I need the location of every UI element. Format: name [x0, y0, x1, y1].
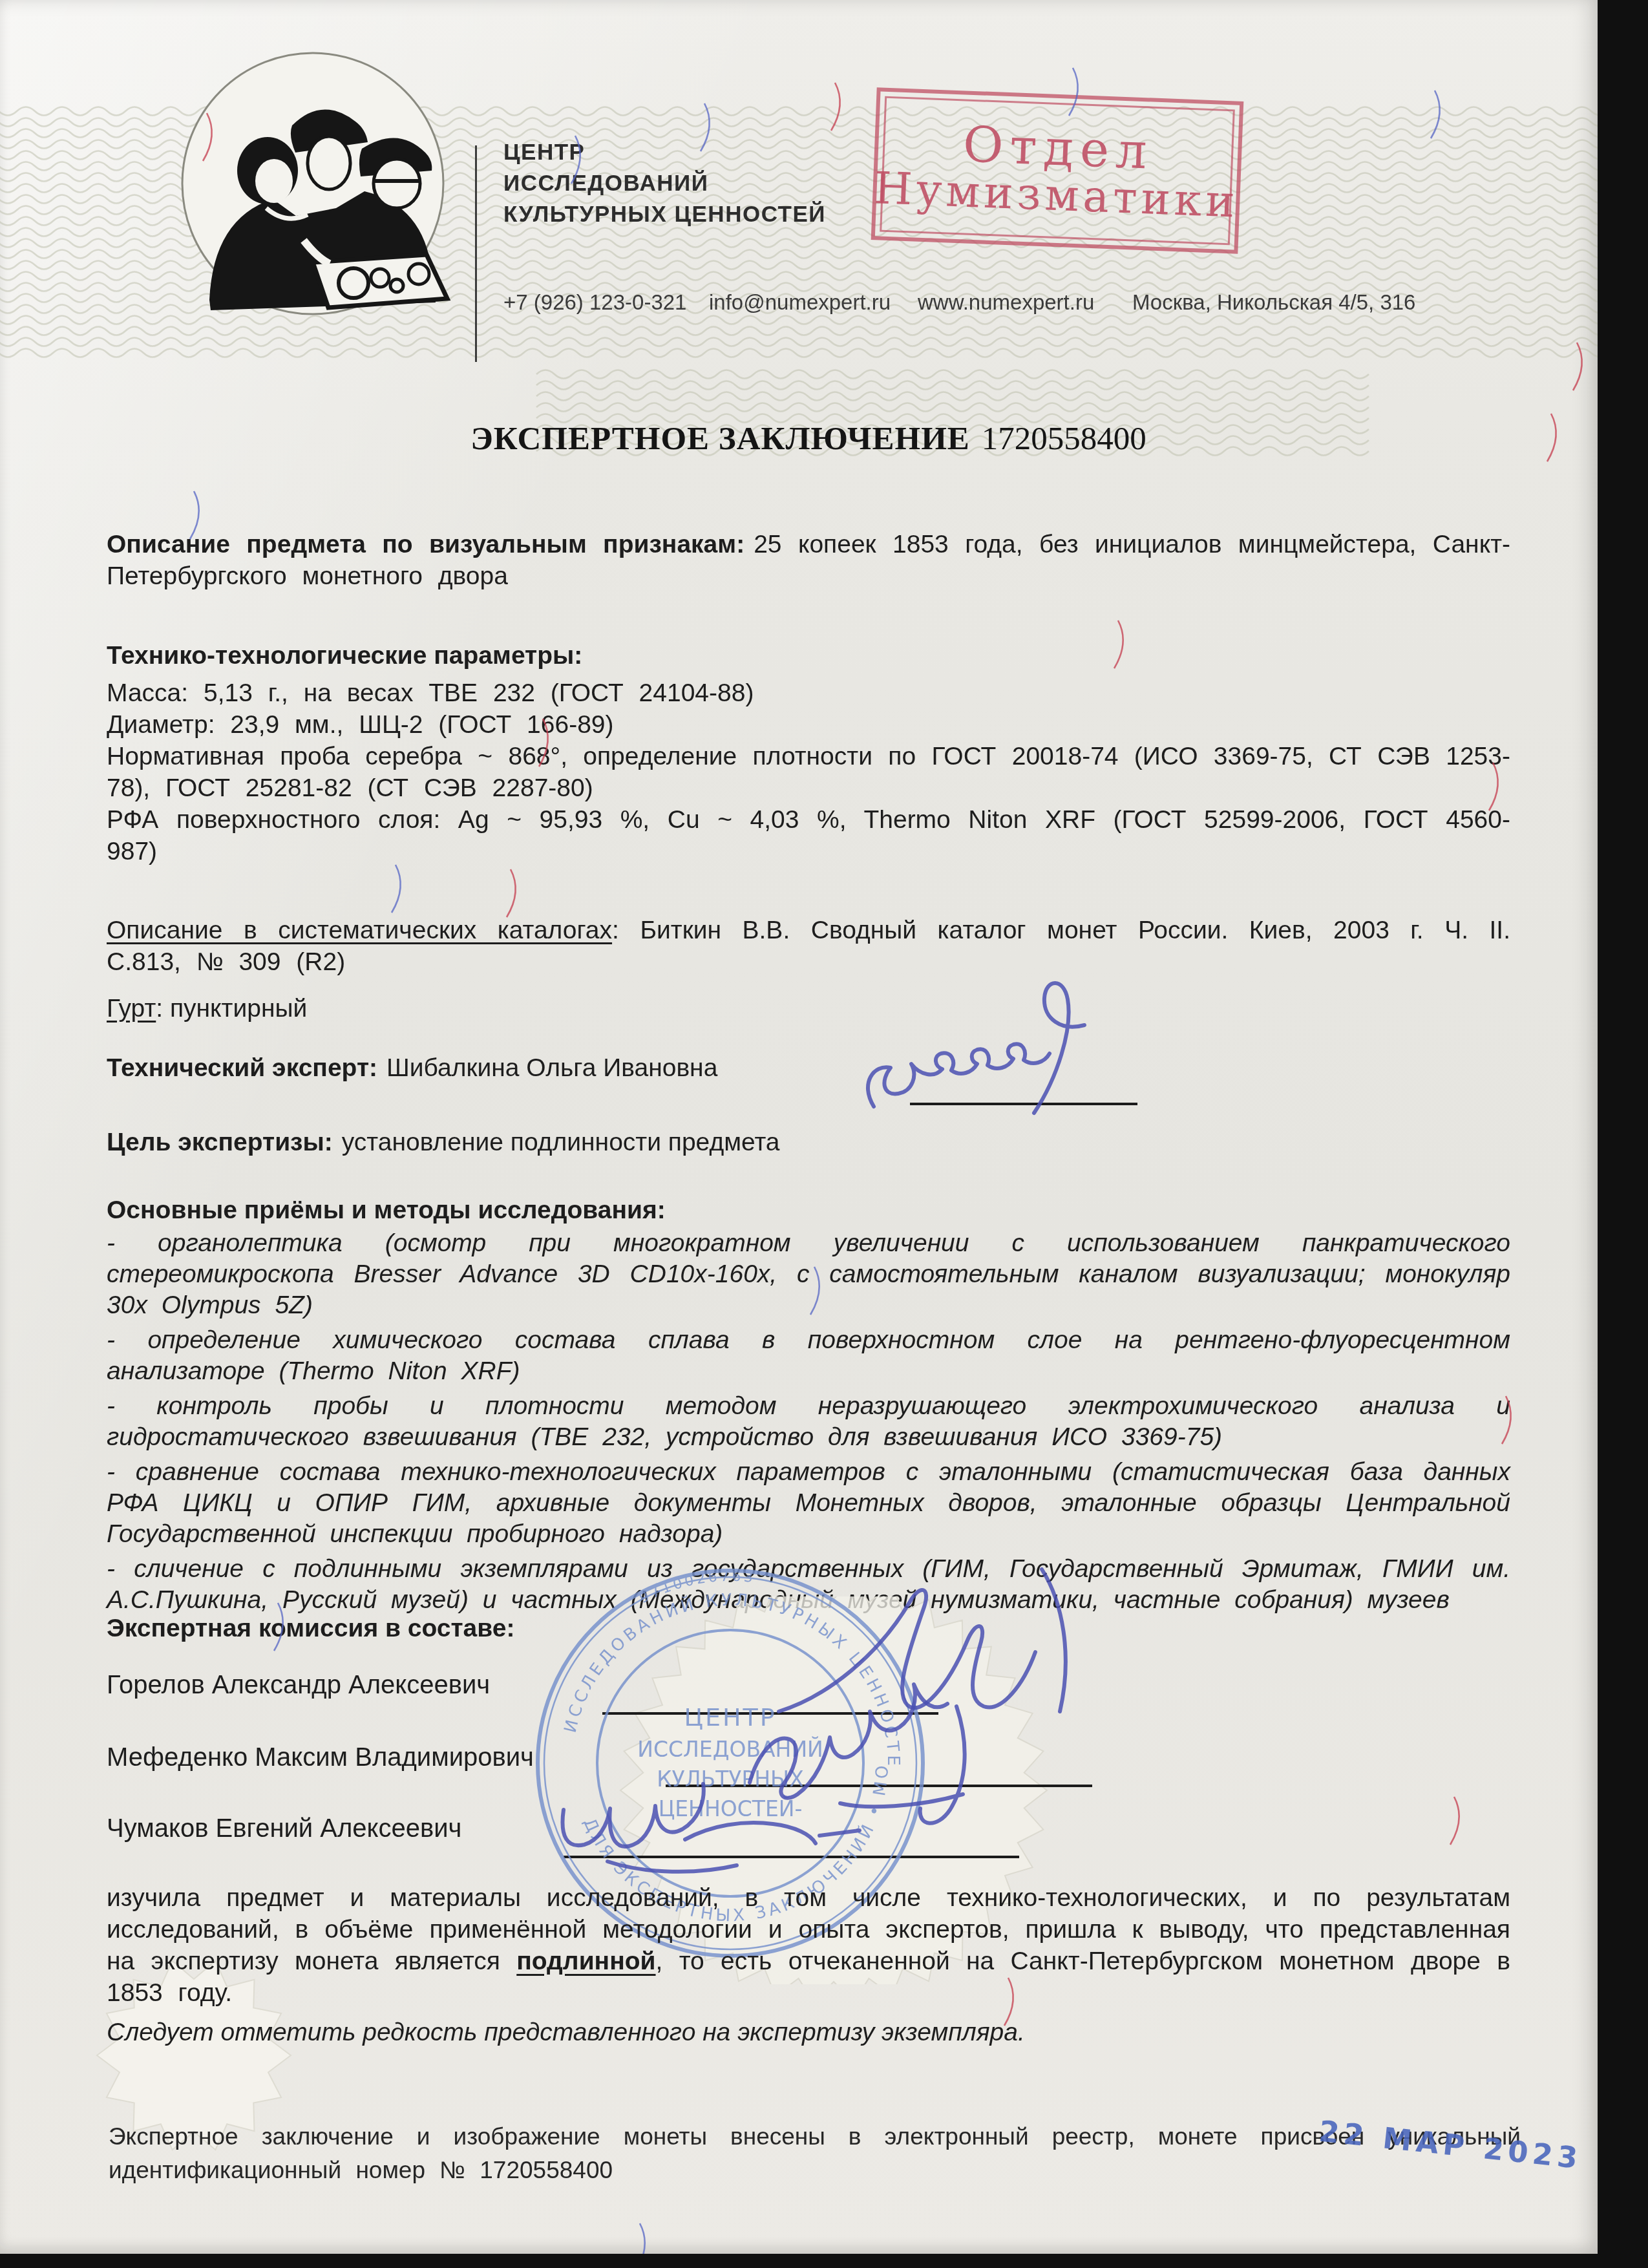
commission-member-1: Горелов Александр Алексеевич	[107, 1671, 490, 1700]
conclusion-note: Следует отметить редкость представленног…	[107, 2017, 1510, 2048]
catalog-paragraph: Описание в систематических каталогах: Би…	[107, 915, 1510, 978]
department-stamp: Отдел Нумизматики	[871, 87, 1244, 254]
org-name-line2: ИССЛЕДОВАНИЙ	[503, 168, 826, 199]
conclusion-paragraph: изучила предмет и материалы исследований…	[107, 1882, 1510, 2009]
email-address: info@numexpert.ru	[709, 290, 891, 315]
purpose-row: Цель экспертизы:установление подлинности…	[107, 1127, 1510, 1158]
method-item-comparison: - сравнение состава технико-технологичес…	[107, 1457, 1510, 1550]
header-divider	[475, 145, 477, 362]
methods-heading: Основные приёмы и методы исследования:	[107, 1194, 1510, 1226]
method-item-density: - контроль пробы и плотности методом нер…	[107, 1391, 1510, 1453]
edge-row: Гурт: пунктирный	[107, 993, 1510, 1024]
registry-note: Экспертное заключение и изображение моне…	[109, 2120, 1521, 2187]
website-url: www.numexpert.ru	[918, 290, 1094, 315]
tech-param-diameter: Диаметр: 23,9 мм., ШЦ-2 (ГОСТ 166-89)	[107, 709, 1510, 741]
purpose-label: Цель экспертизы:	[107, 1129, 333, 1156]
conclusion-emphasis: подлинной	[516, 1947, 655, 1975]
description-paragraph: Описание предмета по визуальным признака…	[107, 529, 1510, 592]
purpose-text: установление подлинности предмета	[342, 1129, 780, 1156]
round-stamp-center-lines: ЦЕНТР ИССЛЕДОВАНИЙ КУЛЬТУРНЫХ ЦЕННОСТЕЙ-	[637, 1703, 823, 1821]
method-item-xrf: - определение химического состава сплава…	[107, 1325, 1510, 1387]
org-logo-numismatists-icon	[169, 47, 457, 331]
method-item-organoleptic: - органолептика (осмотр при многократном…	[107, 1228, 1510, 1321]
tech-expert-label: Технический эксперт:	[107, 1054, 377, 1082]
postal-address: Москва, Никольская 4/5, 316	[1132, 290, 1415, 315]
catalog-label: Описание в систематических каталогах	[107, 917, 612, 944]
tech-param-mass: Масса: 5,13 г., на весах ТВЕ 232 (ГОСТ 2…	[107, 677, 1510, 709]
tech-params-list: Масса: 5,13 г., на весах ТВЕ 232 (ГОСТ 2…	[107, 677, 1510, 867]
phone-number: +7 (926) 123-0-321	[503, 290, 686, 315]
svg-text:КУЛЬТУРНЫХ: КУЛЬТУРНЫХ	[657, 1766, 804, 1792]
description-label: Описание предмета по визуальным признака…	[107, 531, 745, 558]
scanned-document-page: ЦЕНТР ИССЛЕДОВАНИЙ КУЛЬТУРНЫХ ЦЕННОСТЕЙ …	[0, 0, 1648, 2268]
tech-params-heading: Технико-технологические параметры:	[107, 640, 1510, 672]
document-title: ЭКСПЕРТНОЕ ЗАКЛЮЧЕНИЕ1720558400	[107, 420, 1510, 458]
document-title-label: ЭКСПЕРТНОЕ ЗАКЛЮЧЕНИЕ	[470, 421, 970, 457]
commission-member-3: Чумаков Евгений Алексеевич	[107, 1814, 461, 1843]
tech-expert-signature-line	[910, 1103, 1137, 1105]
paper-sheet: ЦЕНТР ИССЛЕДОВАНИЙ КУЛЬТУРНЫХ ЦЕННОСТЕЙ …	[0, 0, 1598, 2254]
svg-text:ЦЕНТР: ЦЕНТР	[684, 1703, 776, 1732]
tech-expert-name: Шибалкина Ольга Ивановна	[386, 1054, 717, 1082]
tech-expert-row: Технический эксперт:Шибалкина Ольга Иван…	[107, 1052, 1510, 1084]
svg-text:ИССЛЕДОВАНИЙ: ИССЛЕДОВАНИЙ	[637, 1736, 823, 1762]
document-number: 1720558400	[982, 421, 1146, 457]
commission-member-2: Мефеденко Максим Владимирович	[107, 1743, 534, 1772]
tech-param-xrf: РФА поверхностного слоя: Ag ~ 95,93 %, C…	[107, 804, 1510, 867]
edge-label: Гурт	[107, 995, 156, 1023]
round-stamp-texts: ИССЛЕДОВАНИЙ КУЛЬТУРНЫХ ЦЕННОСТЕЙ ДЛЯ ЭК…	[523, 1556, 903, 1925]
org-name-line3: КУЛЬТУРНЫХ ЦЕННОСТЕЙ	[503, 199, 826, 230]
org-name: ЦЕНТР ИССЛЕДОВАНИЙ КУЛЬТУРНЫХ ЦЕННОСТЕЙ	[503, 137, 826, 230]
edge-text: : пунктирный	[156, 995, 307, 1023]
department-stamp-text: Отдел Нумизматики	[873, 115, 1241, 226]
org-name-line1: ЦЕНТР	[503, 137, 826, 168]
tech-param-assay: Нормативная проба серебра ~ 868°, опреде…	[107, 741, 1510, 804]
svg-text:ЦЕННОСТЕЙ-: ЦЕННОСТЕЙ-	[659, 1796, 803, 1821]
